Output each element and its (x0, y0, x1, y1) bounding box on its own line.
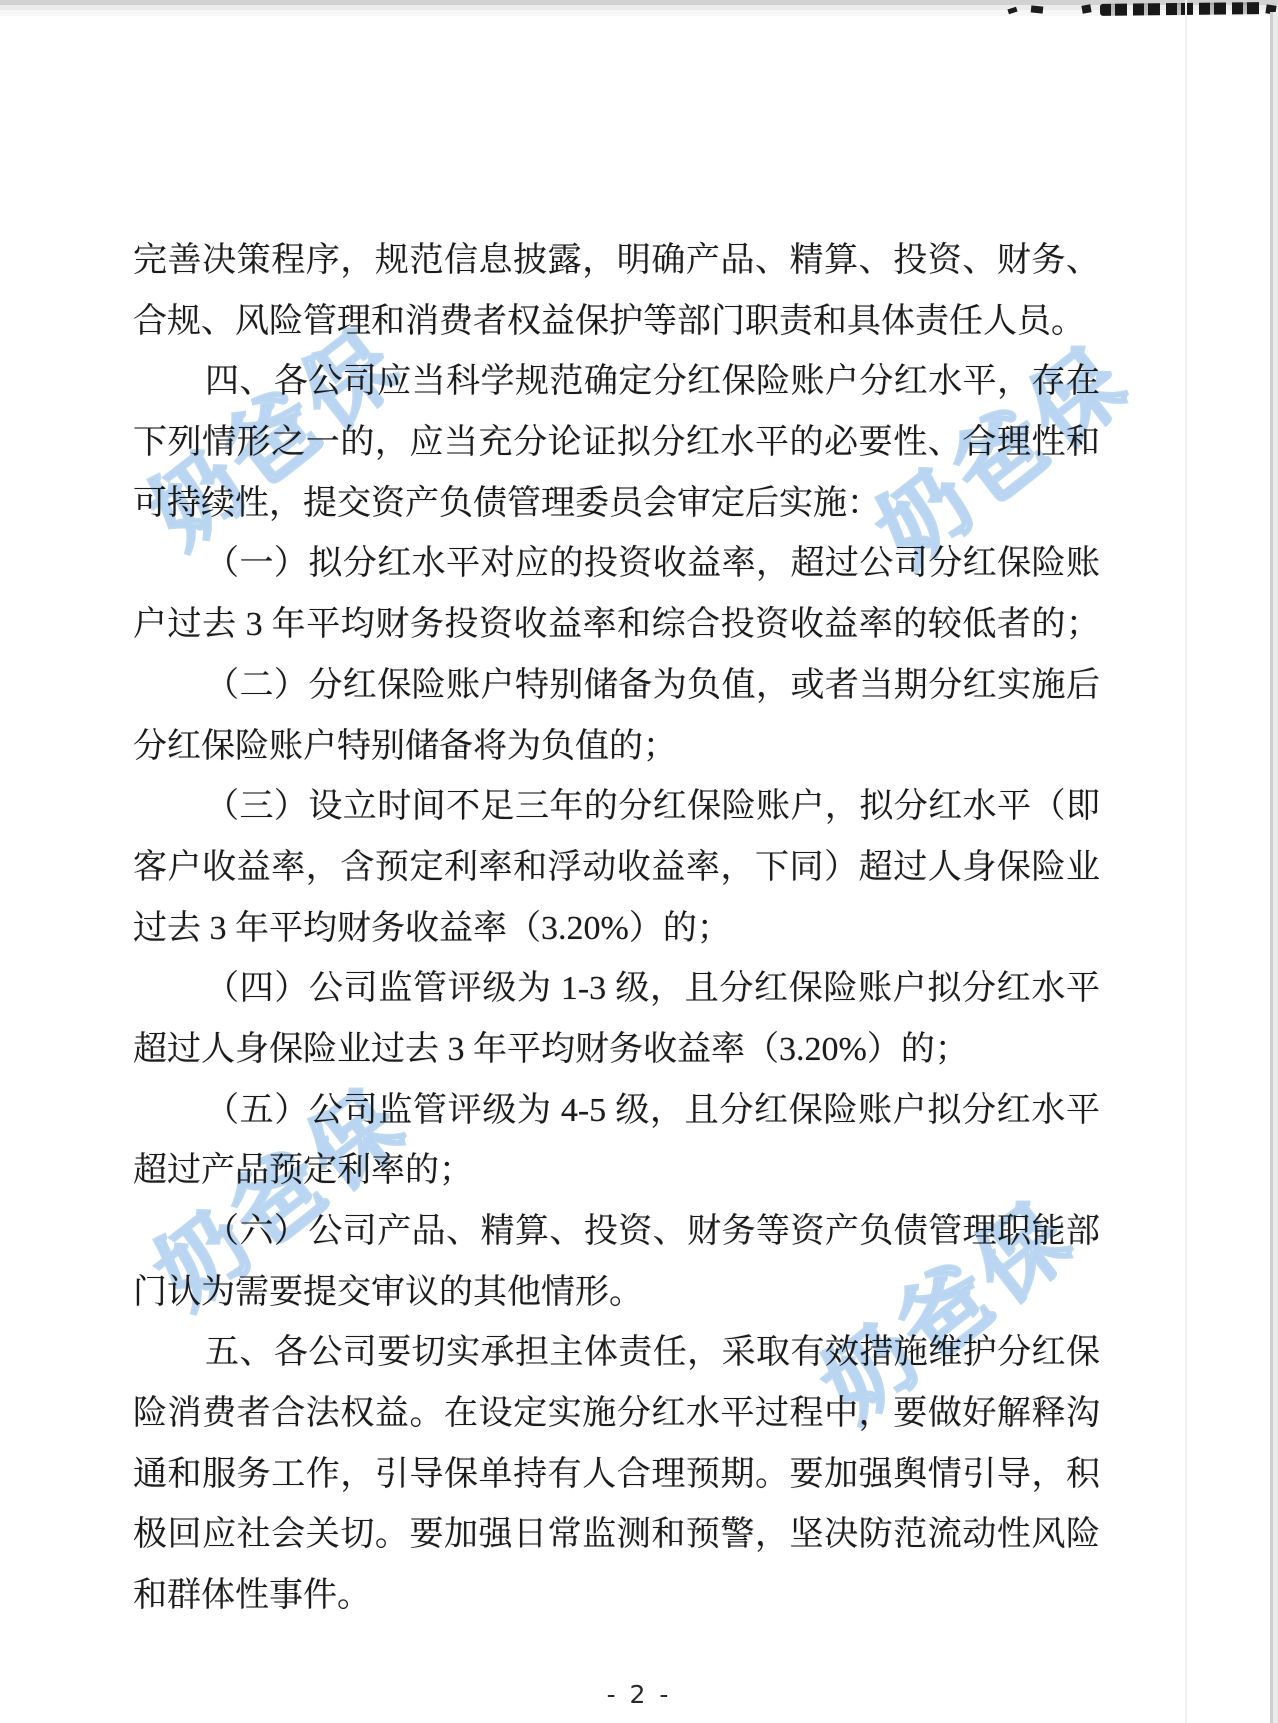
document-line: 完善决策程序，规范信息披露，明确产品、精算、投资、财务、 (133, 231, 1100, 292)
document-line: 四、各公司应当科学规范确定分红保险账户分红水平，存在 (133, 352, 1100, 413)
document-line: 超过产品预定利率的； (133, 1141, 1100, 1202)
document-line: （三）设立时间不足三年的分红保险账户，拟分红水平（即 (133, 777, 1100, 838)
document-line: 合规、风险管理和消费者权益保护等部门职责和具体责任人员。 (133, 292, 1100, 353)
scan-smudge-mark (1081, 4, 1091, 13)
document-line: 客户收益率，含预定利率和浮动收益率，下同）超过人身保险业 (133, 838, 1100, 899)
page-edge-line-outer (1273, 12, 1278, 1723)
page-number: - 2 - (0, 1680, 1278, 1709)
document-line: 户过去 3 年平均财务投资收益率和综合投资收益率的较低者的； (133, 595, 1100, 656)
document-line: 五、各公司要切实承担主体责任，采取有效措施维护分红保 (133, 1323, 1100, 1384)
document-line: 极回应社会关切。要加强日常监测和预警，坚决防范流动性风险 (133, 1505, 1100, 1566)
document-line: 和群体性事件。 (133, 1566, 1100, 1627)
document-line: （一）拟分红水平对应的投资收益率，超过公司分红保险账 (133, 534, 1100, 595)
document-line: 可持续性，提交资产负债管理委员会审定后实施： (133, 474, 1100, 535)
document-line: 通和服务工作，引导保单持有人合理预期。要加强舆情引导，积 (133, 1445, 1100, 1506)
document-line: 过去 3 年平均财务收益率（3.20%）的； (133, 899, 1100, 960)
page-edge-line-faint (1185, 0, 1187, 1723)
document-line: 门认为需要提交审议的其他情形。 (133, 1263, 1100, 1324)
document-line: 分红保险账户特别储备将为负值的； (133, 717, 1100, 778)
document-line: （六）公司产品、精算、投资、财务等资产负债管理职能部 (133, 1202, 1100, 1263)
document-line: （二）分红保险账户特别储备为负值，或者当期分红实施后 (133, 656, 1100, 717)
document-line: 下列情形之一的，应当充分论证拟分红水平的必要性、合理性和 (133, 413, 1100, 474)
document-line: 超过人身保险业过去 3 年平均财务收益率（3.20%）的； (133, 1020, 1100, 1081)
document-body: 完善决策程序，规范信息披露，明确产品、精算、投资、财务、合规、风险管理和消费者权… (133, 231, 1100, 1627)
document-line: （五）公司监管评级为 4-5 级，且分红保险账户拟分红水平 (133, 1081, 1100, 1142)
scan-smudge-strip (1100, 2, 1263, 16)
scan-smudge-mark (1031, 5, 1044, 13)
document-line: （四）公司监管评级为 1-3 级，且分红保险账户拟分红水平 (133, 959, 1100, 1020)
document-page: 奶爸保 奶爸保 奶爸保 奶爸保 完善决策程序，规范信息披露，明确产品、精算、投资… (0, 0, 1278, 1723)
document-line: 险消费者合法权益。在设定实施分红水平过程中，要做好解释沟 (133, 1384, 1100, 1445)
